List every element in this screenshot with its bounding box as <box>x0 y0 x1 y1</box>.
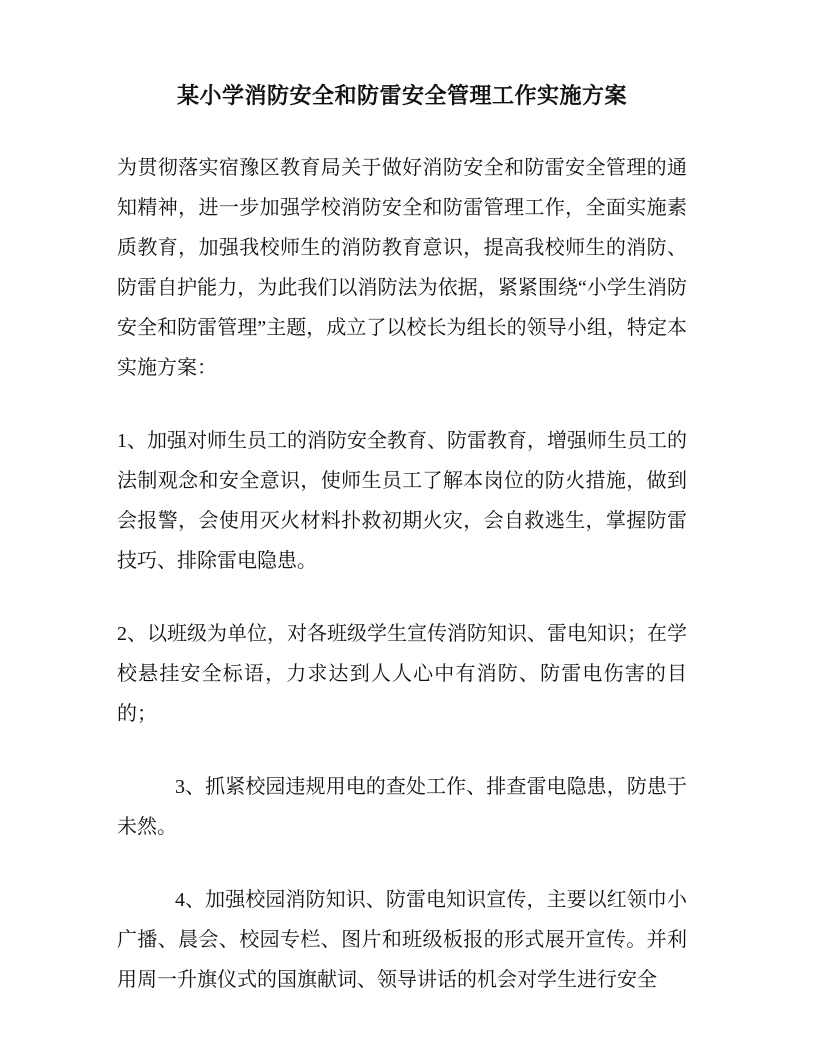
paragraph-item-2: 2、以班级为单位，对各班级学生宣传消防知识、雷电知识；在学校悬挂安全标语，力求达… <box>117 614 687 734</box>
page-title: 某小学消防安全和防雷安全管理工作实施方案 <box>117 80 687 112</box>
document-page: { "document": { "title": "某小学消防安全和防雷安全管理… <box>0 0 816 1056</box>
paragraph-item-3: 3、抓紧校园违规用电的查处工作、排查雷电隐患，防患于未然。 <box>117 767 687 847</box>
paragraph-item-1: 1、加强对师生员工的消防安全教育、防雷教育，增强师生员工的法制观念和安全意识，使… <box>117 421 687 581</box>
paragraph-intro: 为贯彻落实宿豫区教育局关于做好消防安全和防雷安全管理的通知精神，进一步加强学校消… <box>117 148 687 388</box>
document-content: 某小学消防安全和防雷安全管理工作实施方案 为贯彻落实宿豫区教育局关于做好消防安全… <box>117 80 687 1033</box>
paragraph-item-4: 4、加强校园消防知识、防雷电知识宣传，主要以红领巾小广播、晨会、校园专栏、图片和… <box>117 880 687 1000</box>
